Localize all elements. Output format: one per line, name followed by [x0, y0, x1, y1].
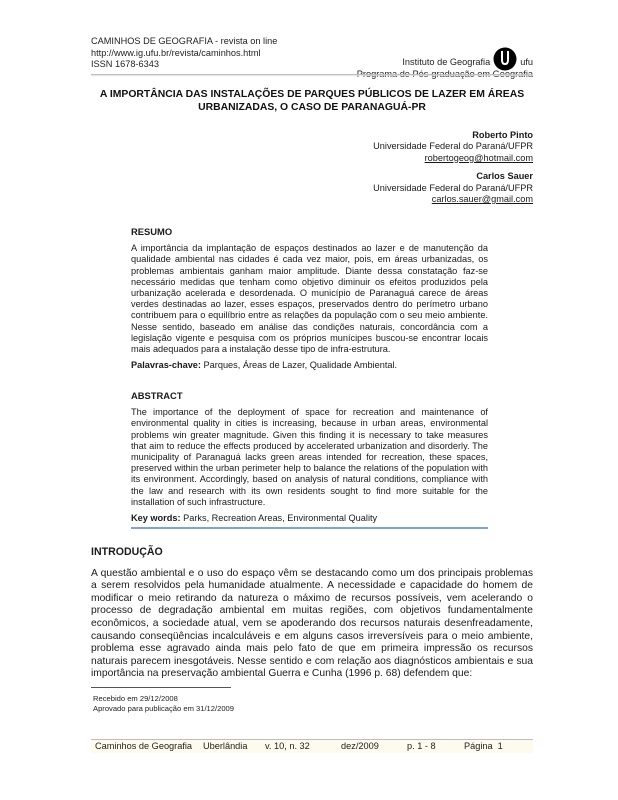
resumo-text: A importância da implantação de espaços … — [131, 243, 488, 355]
footer-city: Uberlândia — [203, 740, 260, 753]
keywords-value: Parques, Áreas de Lazer, Qualidade Ambie… — [201, 360, 397, 370]
author-affiliation: Universidade Federal do Paraná/UFPR — [373, 141, 533, 152]
approved-date: Aprovado para publicação em 31/12/2009 — [93, 704, 234, 714]
paper-title: A IMPORTÂNCIA DAS INSTALAÇÕES DE PARQUES… — [91, 88, 533, 114]
institute-name: Instituto de Geografia — [402, 57, 490, 69]
title-line-1: A IMPORTÂNCIA DAS INSTALAÇÕES DE PARQUES… — [91, 88, 533, 101]
footnote-divider — [91, 687, 231, 688]
footer-page-label: Página — [464, 740, 493, 753]
abstract-keywords: Key words: Parks, Recreation Areas, Envi… — [131, 513, 488, 524]
author-email-link[interactable]: robertogeog@hotmail.com — [373, 153, 533, 164]
journal-issn: ISSN 1678-6343 — [91, 59, 277, 71]
author-list: Roberto Pinto Universidade Federal do Pa… — [373, 130, 533, 212]
received-date: Recebido em 29/12/2008 — [93, 694, 234, 704]
abstract-divider — [131, 527, 488, 529]
journal-url[interactable]: http://www.ig.ufu.br/revista/caminhos.ht… — [91, 48, 277, 60]
resumo-section: RESUMO A importância da implantação de e… — [131, 226, 488, 371]
introducao-heading: INTRODUÇÃO — [91, 546, 533, 559]
author-affiliation: Universidade Federal do Paraná/UFPR — [373, 183, 533, 194]
keywords-label: Palavras-chave: — [131, 360, 201, 370]
author-email-link[interactable]: carlos.sauer@gmail.com — [373, 194, 533, 205]
title-line-2: URBANIZADAS, O CASO DE PARANAGUÁ-PR — [91, 101, 533, 114]
author: Carlos Sauer Universidade Federal do Par… — [373, 171, 533, 205]
introducao-section: INTRODUÇÃO A questão ambiental e o uso d… — [91, 546, 533, 681]
resumo-keywords: Palavras-chave: Parques, Áreas de Lazer,… — [131, 360, 488, 371]
author-name: Roberto Pinto — [373, 130, 533, 141]
author: Roberto Pinto Universidade Federal do Pa… — [373, 130, 533, 164]
page-footer: Caminhos de Geografia Uberlândia v. 10, … — [91, 740, 533, 753]
footer-volume: v. 10, n. 32 — [265, 740, 341, 753]
keywords-value: Parks, Recreation Areas, Environmental Q… — [181, 513, 378, 523]
footer-date: dez/2009 — [341, 740, 407, 753]
journal-header: CAMINHOS DE GEOGRAFIA - revista on line … — [91, 36, 277, 71]
keywords-label: Key words: — [131, 513, 181, 523]
logo-label: ufu — [520, 57, 533, 69]
institution-header: Instituto de Geografia ufu Programa de P… — [357, 47, 533, 81]
abstract-section: ABSTRACT The importance of the deploymen… — [131, 390, 488, 524]
resumo-heading: RESUMO — [131, 226, 488, 237]
ufu-logo-icon — [493, 47, 517, 71]
footer-pages: p. 1 - 8 — [407, 740, 464, 753]
abstract-text: The importance of the deployment of spac… — [131, 407, 488, 508]
footer-journal: Caminhos de Geografia — [95, 740, 189, 753]
introducao-text: A questão ambiental e o uso do espaço vê… — [91, 568, 533, 681]
footnotes: Recebido em 29/12/2008 Aprovado para pub… — [93, 694, 234, 714]
author-name: Carlos Sauer — [373, 171, 533, 182]
journal-name: CAMINHOS DE GEOGRAFIA - revista on line — [91, 36, 277, 48]
header-divider — [91, 74, 533, 75]
footer-page-number: 1 — [498, 740, 503, 753]
abstract-heading: ABSTRACT — [131, 390, 488, 401]
